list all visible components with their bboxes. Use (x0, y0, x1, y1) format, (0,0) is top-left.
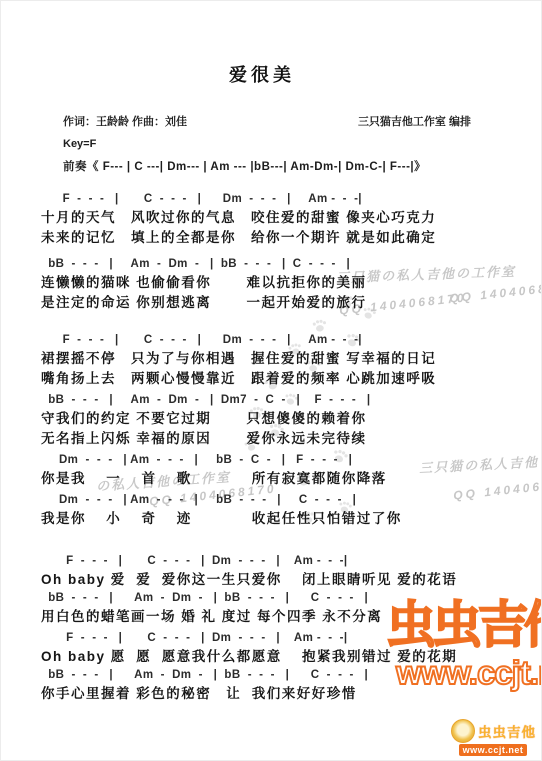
brand-watermark: 虫虫吉他 www.ccjt.net (384, 594, 542, 703)
intro-chords: 前奏《 F--- | C ---| Dm--- | Am --- |bB---|… (41, 158, 523, 174)
key-label: Key=F (41, 138, 523, 150)
lyric-line: 十月的天气 风吹过你的气息 咬住爱的甜蜜 像夹心巧克力 (41, 208, 523, 228)
brand-watermark-name: 虫虫吉他 (386, 597, 542, 653)
chord-line: bB - - - | Am - Dm - | Dm7 - C - | F - -… (41, 392, 523, 409)
chord-line: F - - - | C - - - | Dm - - - | Am - - -| (41, 191, 523, 208)
brand-logo-icon (451, 719, 475, 743)
lyric-line: 守我们的约定 不要它过期 只想傻傻的赖着你 (41, 409, 523, 429)
chord-line: Dm - - - | Am - - - | bB - C - | F - - -… (41, 452, 523, 469)
lyricist-composer-credit: 作词：王龄龄 作曲：刘佳 (63, 113, 187, 129)
brand-watermark-url: www.ccjt.net (395, 654, 542, 691)
lyric-line: 连懒懒的猫咪 也偷偷看你 难以抗拒你的美丽 (41, 273, 523, 293)
chord-line: bB - - - | Am - Dm - | bB - - - | C - - … (41, 256, 523, 273)
lyric-line: 未来的记忆 填上的全都是你 给你一个期许 就是如此确定 (41, 228, 523, 248)
chord-line: F - - - | C - - - | Dm - - - | Am - - -| (41, 553, 523, 570)
brand-badge: 虫虫吉他 www.ccjt.net (451, 719, 539, 756)
lyric-line: 我是你 小 奇 迹 收起任性只怕错过了你 (41, 509, 523, 529)
lyric-line: 你是我 一 首 歌 所有寂寞都随你降落 (41, 469, 523, 489)
lyric-line: 无名指上闪烁 幸福的原因 爱你永远未完待续 (41, 429, 523, 449)
chord-line: F - - - | C - - - | Dm - - - | Am - - -| (41, 332, 523, 349)
song-title: 爱很美 (41, 61, 523, 87)
chord-line: Dm - - - | Am - - - | bB - - - | C - - -… (41, 492, 523, 509)
arranger-credit: 三只猫吉他工作室 编排 (358, 113, 471, 129)
lyric-line: 是注定的命运 你别想逃离 一起开始爱的旅行 (41, 293, 523, 313)
brand-badge-name: 虫虫吉他 (478, 721, 536, 741)
lyric-line: Oh baby 爱 爱 爱你这一生只爱你 闭上眼睛听见 爱的花语 (41, 570, 523, 590)
brand-badge-url: www.ccjt.net (459, 744, 527, 756)
chord-sheet-page: 三只猫の私人吉他の工作室 QQ 1404068170 QQ 1404068170… (0, 0, 542, 761)
lyric-line: 嘴角扬上去 两颗心慢慢靠近 跟着爱的频率 心跳加速呼吸 (41, 369, 523, 389)
credits-row: 作词：王龄龄 作曲：刘佳 三只猫吉他工作室 编排 (41, 113, 523, 129)
lyric-line: 裙摆摇不停 只为了与你相遇 握住爱的甜蜜 写幸福的日记 (41, 349, 523, 369)
